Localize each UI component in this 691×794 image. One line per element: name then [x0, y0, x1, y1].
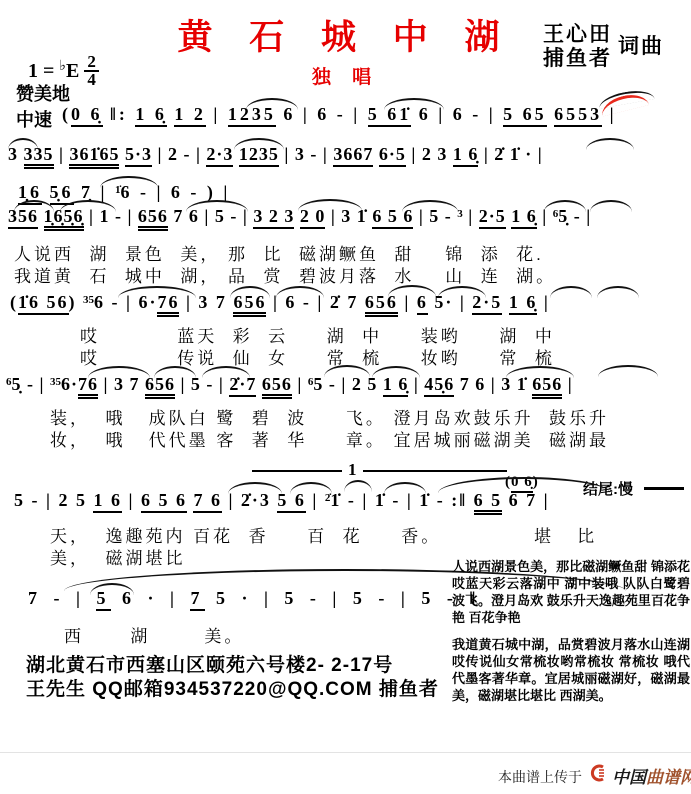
notation-line-1: (0 6̣ ‖: 1 6̣ 1 2 | 1235 6 | 6 - | 5 61̇…	[62, 104, 617, 125]
lyrics-verse2-row4: 美， 磁湖堪比	[50, 544, 185, 569]
slur-arc	[544, 200, 586, 212]
contact-email: 王先生 QQ邮箱934537220@QQ.COM 捕鱼者	[26, 674, 439, 701]
slur-arc	[586, 138, 634, 150]
contact-address: 湖北黄石市西塞山区颐苑六号楼2- 2-17号	[26, 650, 393, 677]
slur-arc	[234, 138, 284, 150]
slur-arc	[230, 286, 270, 298]
volta-bracket-line	[252, 470, 507, 472]
slur-arc	[384, 98, 444, 110]
slur-arc	[597, 286, 639, 298]
ending-dash	[644, 487, 684, 490]
slur-arc	[384, 482, 426, 494]
tempo-label: 中速	[16, 106, 52, 132]
uploaded-by-label: 本曲谱上传于	[498, 767, 582, 787]
slur-arc	[344, 480, 372, 492]
slur-arc	[290, 482, 332, 494]
slur-arc	[276, 286, 324, 298]
slur-arc	[8, 138, 38, 150]
slur-arc	[246, 98, 298, 110]
footer: 本曲谱上传于 中国曲谱网	[0, 762, 683, 792]
lyrics-row5: 西 湖 美。	[64, 622, 244, 647]
slur-arc	[590, 200, 632, 212]
key-prefix: 1 =	[28, 60, 59, 82]
lyrics-verse2-row3: 妆， 哦 代代墨 客 著 华 章。 宜居城丽磁湖美 磁湖最	[50, 426, 609, 451]
lyrics-verse2-row2: 哎 传说 仙 女 常 梳 妆哟 常 梳	[80, 344, 555, 369]
time-signature: 24	[84, 54, 99, 88]
slur-arc	[118, 286, 196, 298]
slur-arc	[402, 200, 458, 212]
key-note: E	[66, 60, 79, 82]
slur-arc	[438, 286, 486, 298]
slur-arc	[298, 199, 362, 211]
composer-name: 捕鱼者	[543, 42, 612, 72]
lyrics-summary-block: 人说西湖景色美，那比磁湖鳜鱼甜 锦添花哎蓝天彩云落湖中 湖中装哦 队队白鹭碧波飞…	[452, 558, 690, 714]
lyrics-summary-verse2: 我道黄石城中湖，品赏碧波月落水山连湖哎传说仙女常梳妆哟常梳妆 常梳妆 哦代代墨客…	[452, 636, 690, 704]
volta-number: 1	[342, 460, 363, 480]
slur-arc	[598, 365, 658, 377]
slur-arc	[550, 286, 592, 298]
slur-arc	[228, 482, 282, 494]
site-logo-icon	[590, 764, 608, 787]
time-denominator: 4	[84, 72, 99, 88]
author-role-label: 词曲	[618, 30, 664, 60]
lyrics-verse2-row1: 我道黄 石 城中 湖， 品 赏 碧波月落 水 山 连 湖。	[14, 262, 556, 287]
mood-label: 赞美地	[16, 80, 70, 106]
site-name: 中国曲谱网	[612, 763, 691, 788]
slur-arc	[100, 176, 158, 188]
lyrics-summary-verse1: 人说西湖景色美，那比磁湖鳜鱼甜 锦添花哎蓝天彩云落湖中 湖中装哦 队队白鹭碧波飞…	[452, 558, 690, 626]
site-name-part2: 曲谱网	[646, 768, 691, 787]
footer-divider	[0, 752, 691, 753]
site-name-part1: 中国	[612, 768, 646, 787]
